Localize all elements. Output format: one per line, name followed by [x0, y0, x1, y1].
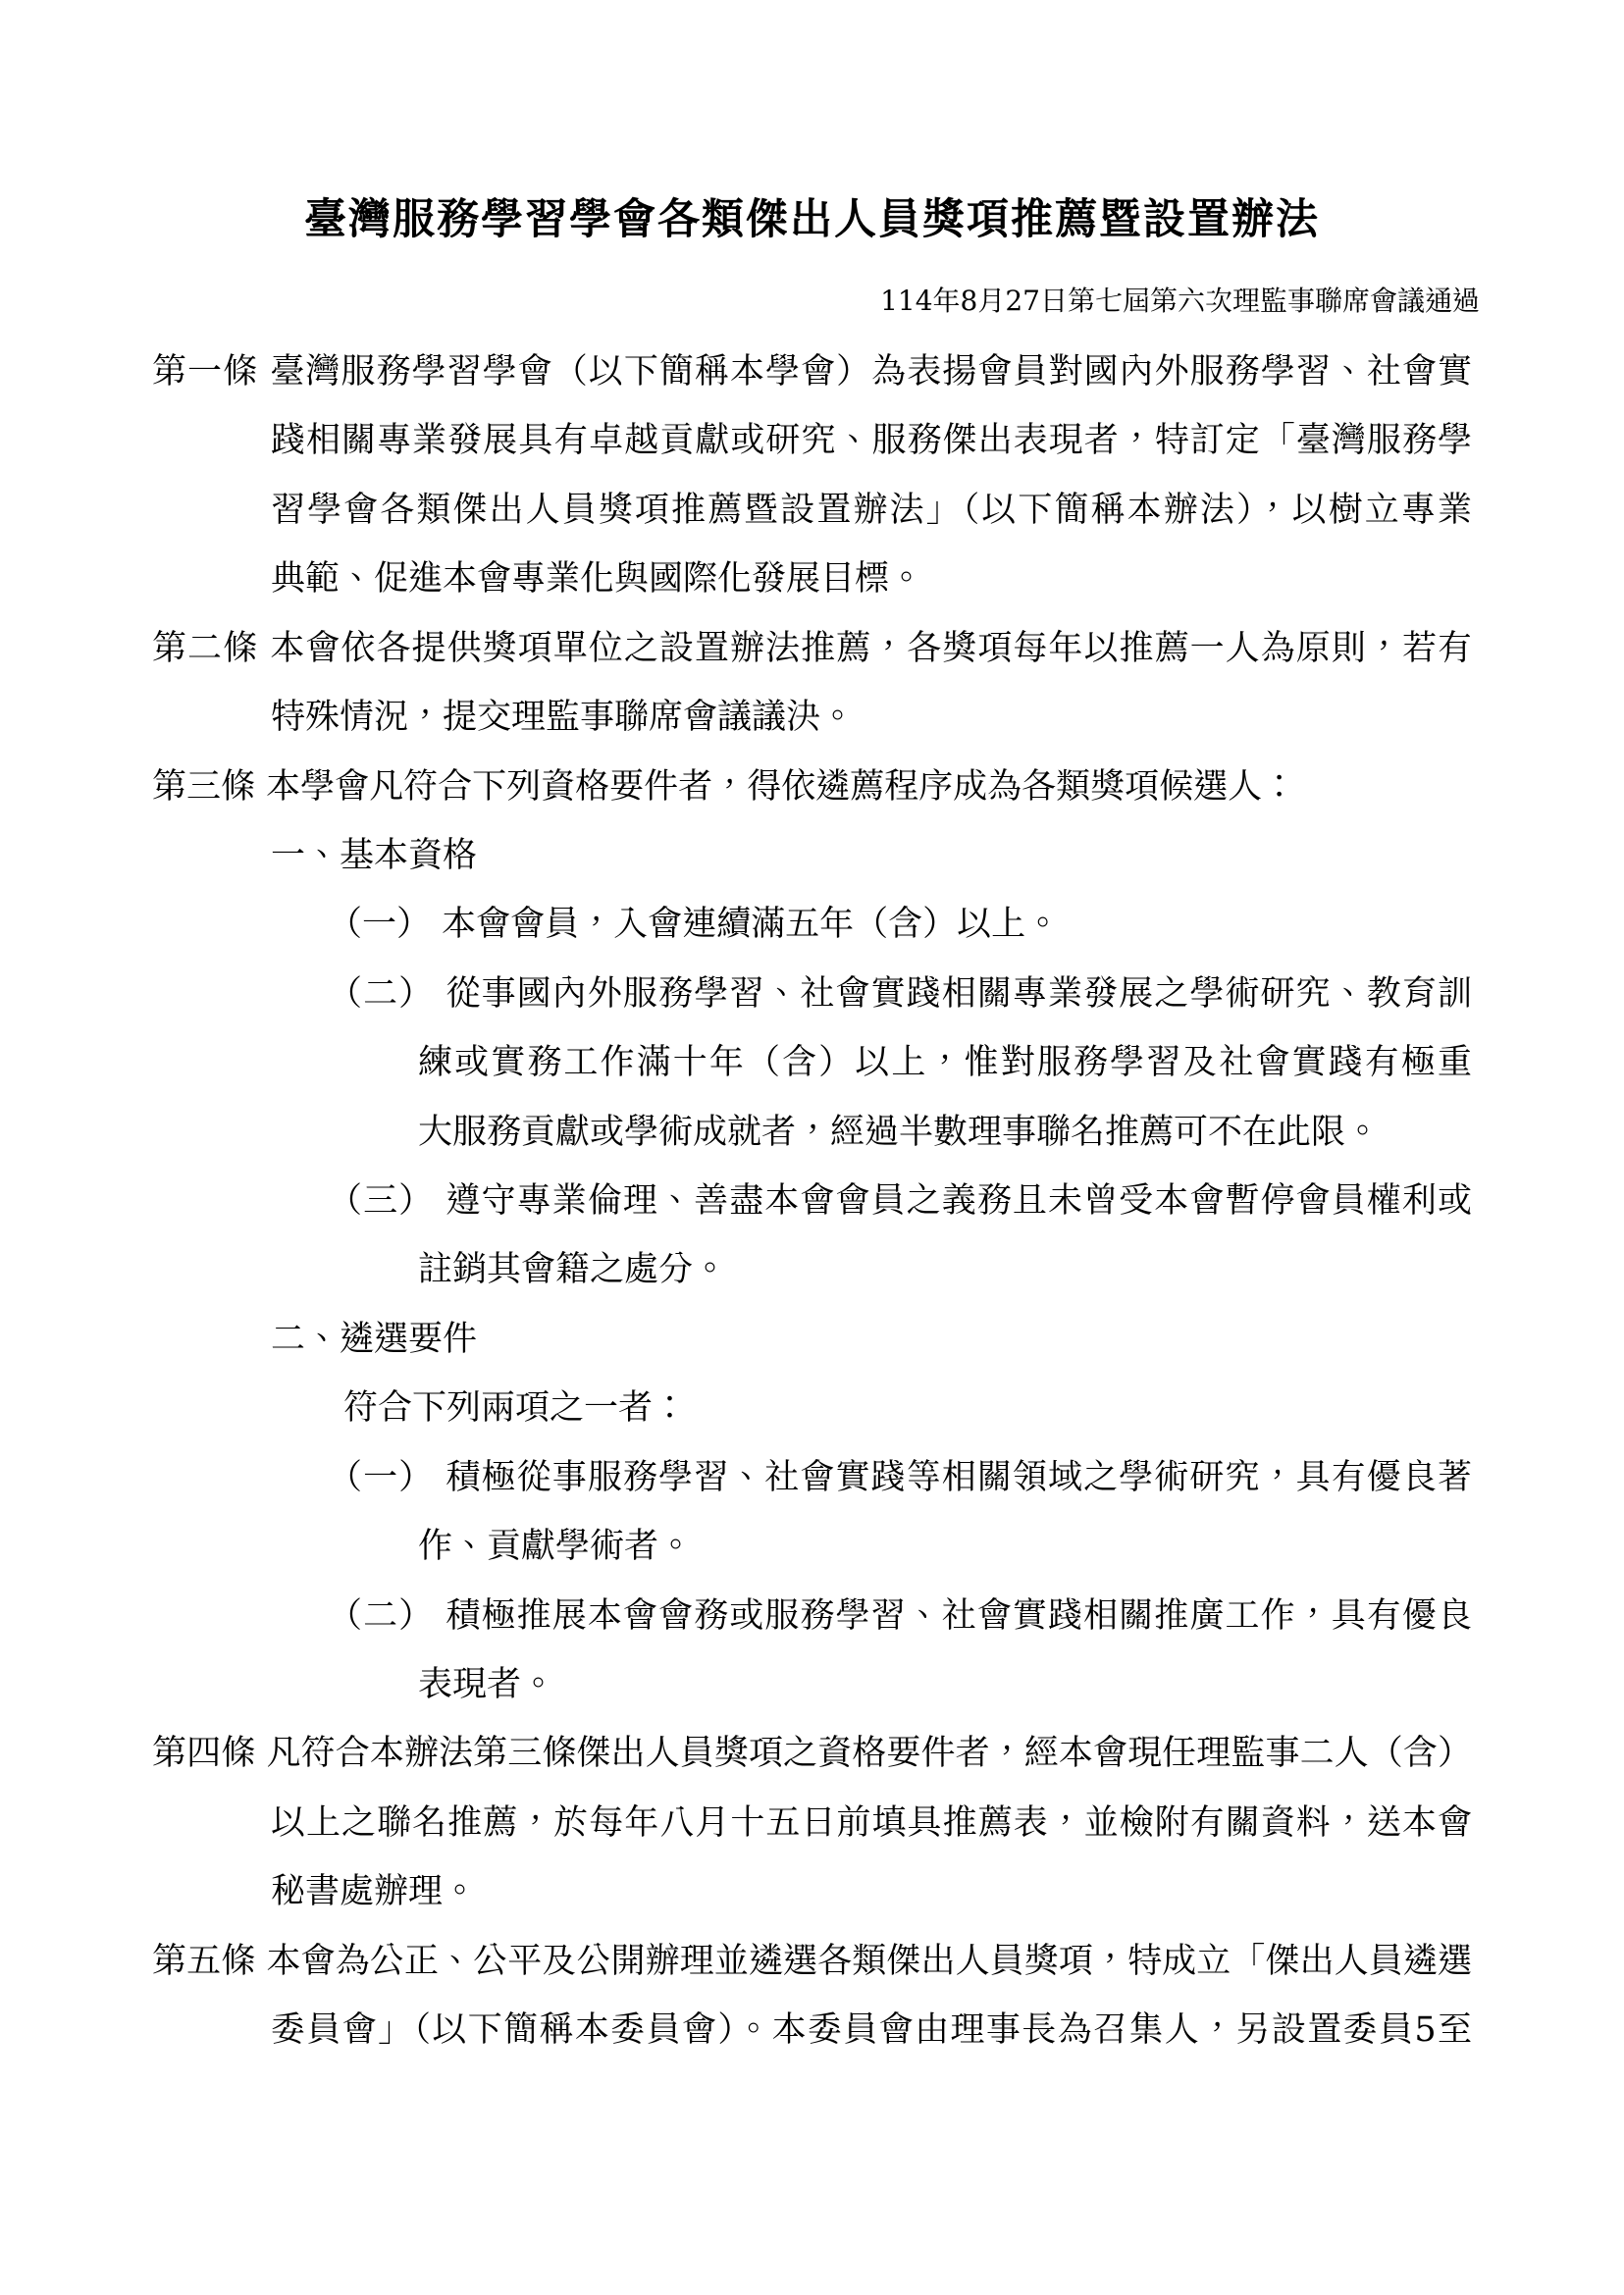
- document-line: 第一條 臺灣服務學習學會（以下簡稱本學會）為表揚會員對國內外服務學習、社會實: [152, 349, 1472, 394]
- document-line: 第五條 本會為公正、公平及公開辦理並遴選各類傑出人員獎項，特成立「傑出人員遴選: [152, 1939, 1472, 1984]
- document-line: 委員會」（以下簡稱本委員會）。本委員會由理事長為召集人，另設置委員5至: [271, 2008, 1472, 2053]
- document-line: 練或實務工作滿十年（含）以上，惟對服務學習及社會實踐有極重: [418, 1040, 1472, 1085]
- document-line: （二） 從事國內外服務學習、社會實踐相關專業發展之學術研究、教育訓: [328, 971, 1472, 1017]
- document-line: 以上之聯名推薦，於每年八月十五日前填具推薦表，並檢附有關資料，送本會: [271, 1800, 1472, 1846]
- document-body: 第一條 臺灣服務學習學會（以下簡稱本學會）為表揚會員對國內外服務學習、社會實踐相…: [0, 0, 1624, 2295]
- document-line: （一） 積極從事服務學習、社會實踐等相關領域之學術研究，具有優良著: [328, 1455, 1472, 1500]
- document-line: 第三條 本學會凡符合下列資格要件者，得依遴薦程序成為各類獎項候選人：: [152, 764, 1472, 809]
- document-line: 註銷其會籍之處分。: [418, 1247, 1472, 1292]
- document-page: 臺灣服務學習學會各類傑出人員獎項推薦暨設置辦法 114年8月27日第七屆第六次理…: [0, 0, 1624, 2295]
- document-line: 典範、促進本會專業化與國際化發展目標。: [271, 556, 1472, 601]
- document-line: 第四條 凡符合本辦法第三條傑出人員獎項之資格要件者，經本會現任理監事二人（含）: [152, 1731, 1472, 1776]
- document-line: （三） 遵守專業倫理、善盡本會會員之義務且未曾受本會暫停會員權利或: [328, 1178, 1472, 1224]
- document-line: 符合下列兩項之一者：: [343, 1385, 1472, 1431]
- document-line: 踐相關專業發展具有卓越貢獻或研究、服務傑出表現者，特訂定「臺灣服務學: [271, 418, 1472, 463]
- document-line: 第二條 本會依各提供獎項單位之設置辦法推薦，各獎項每年以推薦一人為原則，若有: [152, 626, 1472, 671]
- document-line: 習學會各類傑出人員獎項推薦暨設置辦法」（以下簡稱本辦法），以樹立專業: [271, 488, 1472, 533]
- document-line: 作、貢獻學術者。: [418, 1524, 1472, 1569]
- document-line: 秘書處辦理。: [271, 1869, 1472, 1914]
- document-line: 表現者。: [418, 1662, 1472, 1707]
- document-line: 一、基本資格: [271, 833, 1472, 878]
- document-line: 特殊情況，提交理監事聯席會議議決。: [271, 695, 1472, 740]
- document-line: 二、遴選要件: [271, 1317, 1472, 1362]
- document-line: （二） 積極推展本會會務或服務學習、社會實踐相關推廣工作，具有優良: [328, 1593, 1472, 1639]
- document-line: （一） 本會會員，入會連續滿五年（含）以上。: [328, 902, 1472, 947]
- document-line: 大服務貢獻或學術成就者，經過半數理事聯名推薦可不在此限。: [418, 1110, 1472, 1155]
